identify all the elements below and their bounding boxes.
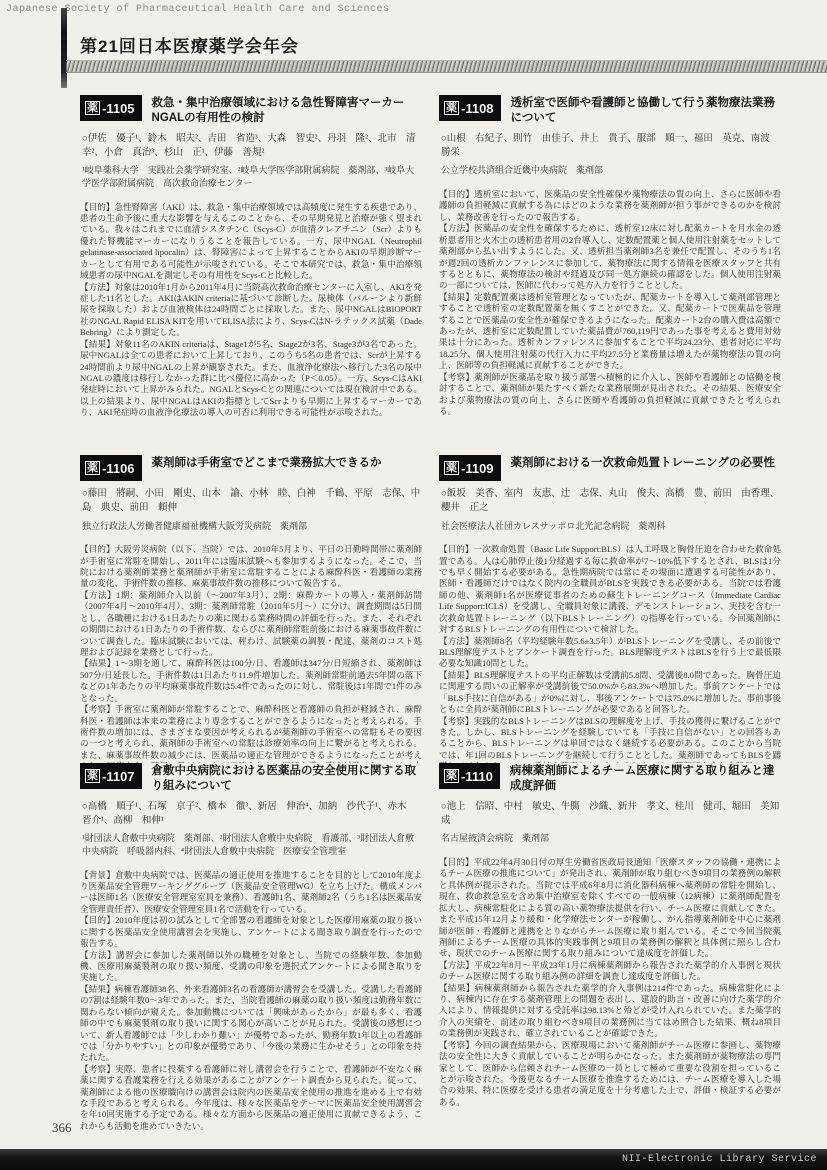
abstract-code: -1109	[461, 462, 494, 475]
abstract-affiliations: 名古屋掖済会病院 薬剤部	[441, 832, 781, 845]
body-paragraph: 【考察】今回の調査結果から、医療現場において薬剤師がチーム医療に参画し、薬物療法…	[439, 1040, 781, 1109]
abstract-authors: ○高橋 順子¹、石塚 京子²、橋本 徹³、新居 伸治⁴、加納 沙代子¹、赤木 晋…	[82, 801, 422, 829]
society-mark-icon: 薬	[85, 461, 100, 475]
body-paragraph: 【結果】1～3期を通して、麻酔科医は100分/日、看護師は347分/日短縮され、…	[80, 658, 422, 704]
society-mark-icon: 薬	[444, 101, 459, 115]
body-paragraph: 【考察】手術室に薬剤師が常駐することで、麻酔科医と看護師の負担が軽減され、麻酔科…	[80, 704, 422, 763]
abstract-code: -1105	[102, 102, 135, 115]
abstract-number-badge: 薬-1107	[80, 763, 142, 789]
abstract-title: 救急・集中治療領域における急性腎障害マーカーNGALの有用性の検討	[152, 95, 422, 126]
abstract-body: 【目的】透析室において、医薬品の安全性確保や薬物療法の質の向上、さらに医師や看護…	[439, 189, 781, 417]
abstract-title: 倉敷中央病院における医薬品の安全使用に関する取り組みについて	[152, 763, 422, 794]
abstract-1106: 薬-1106 薬剤師は手術室でどこまで業務拡大できるか ○藤田 將嗣、小田 剛史…	[80, 455, 424, 763]
abstract-title: 薬剤師における一次救命処置トレーニングの必要性	[511, 455, 775, 471]
abstract-authors: ○伊佐 優子¹、鈴木 昭夫²、吉田 省造³、大森 智史²、丹羽 隆²、北市 清幸…	[82, 133, 422, 161]
abstract-code: -1107	[102, 770, 135, 783]
body-paragraph: 【結果】病棟薬剤師から報告された薬学的介入事例は214件であった。病棟常駐化によ…	[439, 983, 781, 1040]
scan-footer-bar: NII-Electronic Library Service	[0, 1149, 827, 1170]
abstract-body: 【目的】急性腎障害（AKI）は、救急・集中治療領域では高頻度に発生する疾患であり…	[80, 202, 422, 419]
library-service-label: NII-Electronic Library Service	[622, 1154, 817, 1165]
society-mark-icon: 薬	[85, 101, 100, 115]
abstract-authors: ○藤田 將嗣、小田 剛史、山本 諭、小林 睦、白神 千鶴、平原 志保、中島 典史…	[82, 488, 422, 516]
abstract-code: -1106	[102, 462, 135, 475]
abstract-number-badge: 薬-1105	[80, 95, 142, 121]
abstract-authors: ○飯坂 美香、室内 友恵、辻 志保、丸山 俊夫、高橋 豊、前田 由香理、櫻井 正…	[441, 488, 781, 516]
abstract-1107: 薬-1107 倉敷中央病院における医薬品の安全使用に関する取り組みについて ○高…	[80, 763, 424, 1132]
body-paragraph: 【目的】平成22年4月30日付の厚生労働省医政局長通知「医療スタッフの協働・連携…	[439, 857, 781, 960]
body-paragraph: 【考察】薬剤師が医薬品を取り扱う部署へ積極的に介入し、医師や看護師との協働を検討…	[439, 372, 781, 418]
abstract-title: 病棟薬剤師によるチーム医療に関する取り組みと達成度評価	[510, 763, 781, 794]
body-paragraph: 【結果】定数配置薬は透析室管理となっていたが、配薬カートを導入して薬剤部管理とす…	[439, 292, 781, 372]
abstract-number-badge: 薬-1109	[439, 455, 501, 481]
body-paragraph: 【考察】実際、患者に投薬する看護師に対し講習会を行うことで、看護師が不安なく麻薬…	[80, 1064, 422, 1133]
abstract-code: -1110	[461, 770, 493, 783]
abstract-code: -1108	[461, 102, 494, 115]
society-mark-icon: 薬	[85, 769, 100, 783]
abstract-1108: 薬-1108 透析室で医師や看護師と協働して行う薬物療法業務について ○山根 右…	[439, 95, 783, 455]
abstract-body: 【目的】大阪労災病院（以下、当院）では、2010年5月より、平日の日勤時間帯に薬…	[80, 544, 422, 763]
abstract-title: 薬剤師は手術室でどこまで業務拡大できるか	[152, 455, 382, 471]
abstract-body: 【背景】倉敷中央病院では、医薬品の適正使用を推進することを目的として2010年度…	[80, 870, 422, 1133]
society-mark-icon: 薬	[444, 769, 459, 783]
abstract-title: 透析室で医師や看護師と協働して行う薬物療法業務について	[511, 95, 781, 126]
abstract-affiliations: ¹岐阜薬科大学 実践社会薬学研究室、²岐阜大学医学部附属病院 薬剤部、³岐阜大学…	[82, 164, 422, 189]
abstract-1105: 薬-1105 救急・集中治療領域における急性腎障害マーカーNGALの有用性の検討…	[80, 95, 424, 455]
abstract-affiliations: 独立行政法人労働者健康福祉機構大阪労災病院 薬剤部	[82, 520, 422, 533]
abstract-number-badge: 薬-1106	[80, 455, 142, 481]
abstract-1109: 薬-1109 薬剤師における一次救命処置トレーニングの必要性 ○飯坂 美香、室内…	[439, 455, 783, 763]
abstract-body: 【目的】一次救命処置（Basic Life Support:BLS）は人工呼吸と…	[439, 544, 781, 763]
body-paragraph: 【方法】医薬品の安全性を確保するために、透析室12床に対し配薬カートを月水金の透…	[439, 223, 781, 292]
abstract-affiliations: 社会医療法人社団カレスサッポロ北光記念病院 薬剤科	[441, 520, 781, 533]
abstract-1110: 薬-1110 病棟薬剤師によるチーム医療に関する取り組みと達成度評価 ○池上 信…	[439, 763, 783, 1132]
body-paragraph: 【目的】急性腎障害（AKI）は、救急・集中治療領域では高頻度に発生する疾患であり…	[80, 202, 422, 282]
body-paragraph: 【結果】病棟看護師38名、外来看護師3名の看護師が講習会を受講した。受講した看護…	[80, 984, 422, 1064]
scan-gutter-shadow	[61, 8, 67, 88]
abstract-number-badge: 薬-1110	[439, 763, 500, 789]
page-number: 366	[52, 1120, 72, 1136]
body-paragraph: 【目的】一次救命処置（Basic Life Support:BLS）は人工呼吸と…	[439, 544, 781, 635]
abstract-affiliations: ¹財団法人倉敷中央病院 薬剤部、²財団法人倉敷中央病院 看護部、³財団法人倉敷中…	[82, 832, 422, 857]
abstract-authors: ○池上 信昭、中村 敏史、牛膓 沙織、新井 孝文、桂川 健司、堀田 美知成	[441, 801, 781, 829]
body-paragraph: 【結果】対象11名のAKIN criteriaは、Stage1が5名、Stage…	[80, 339, 422, 419]
abstract-affiliations: 公立学校共済組合近畿中央病院 薬剤部	[441, 164, 781, 177]
body-paragraph: 【考察】実践的なBLSトレーニングはBLSの理解度を上げ、手技の獲得に繋げること…	[439, 716, 781, 763]
abstracts-grid: 薬-1105 救急・集中治療領域における急性腎障害マーカーNGALの有用性の検討…	[80, 95, 783, 1132]
abstract-body: 【目的】平成22年4月30日付の厚生労働省医政局長通知「医療スタッフの協働・連携…	[439, 857, 781, 1108]
page-header: 第21回日本医療薬学会年会	[80, 32, 827, 57]
body-paragraph: 【方法】平成22年8月～平成23年1月に病棟薬剤師から報告された薬学的介入事例と…	[439, 960, 781, 983]
body-paragraph: 【方法】対象は2010年1月から2011年4月に当院高次救命治療センターに入室し…	[80, 282, 422, 339]
conference-title: 第21回日本医療薬学会年会	[80, 32, 827, 57]
body-paragraph: 【目的】透析室において、医薬品の安全性確保や薬物療法の質の向上、さらに医師や看護…	[439, 189, 781, 223]
abstract-number-badge: 薬-1108	[439, 95, 501, 121]
society-mark-icon: 薬	[444, 461, 459, 475]
body-paragraph: 【方法】薬剤師8名（平均経験年数5.6±3.5年）がBLSトレーニングを受講し、…	[439, 636, 781, 670]
body-paragraph: 【目的】大阪労災病院（以下、当院）では、2010年5月より、平日の日勤時間帯に薬…	[80, 544, 422, 590]
body-paragraph: 【目的】2010年度は初の試みとして全部署の看護師を対象とした医療用麻薬の取り扱…	[80, 915, 422, 949]
body-paragraph: 【方法】講習会に参加した薬剤師以外の職種を対象とし、当院での経験年数、参加動機、…	[80, 950, 422, 984]
abstract-authors: ○山根 右紀子、則竹 由佳子、井上 貴子、服部 順一、福田 英克、南波 勝栄	[441, 133, 781, 161]
body-paragraph: 【結果】BLS理解度テストの平均正解数は受講前5.8問、受講後8.0問であった。…	[439, 670, 781, 716]
decorative-hatch-band	[66, 60, 827, 73]
body-paragraph: 【背景】倉敷中央病院では、医薬品の適正使用を推進することを目的として2010年度…	[80, 870, 422, 916]
body-paragraph: 【方法】1期：薬剤師介入以前（～2007年3月）、2期：麻酔カートの導入・薬剤師…	[80, 590, 422, 659]
